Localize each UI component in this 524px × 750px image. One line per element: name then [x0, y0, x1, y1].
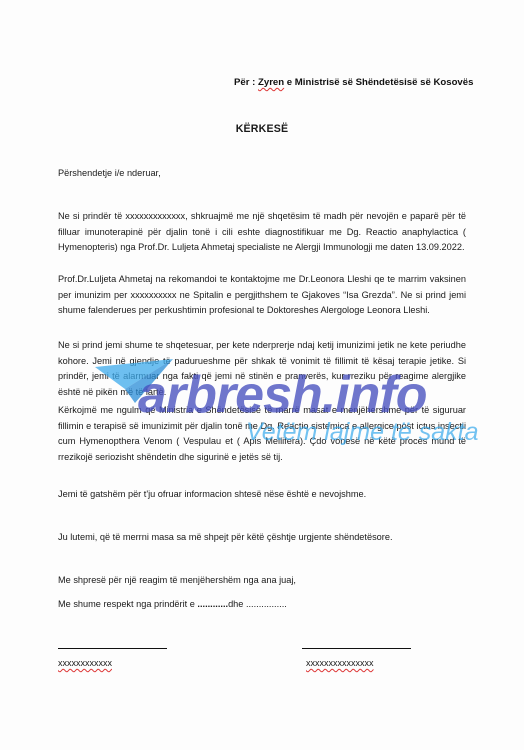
- closing-blank-2: ................: [246, 599, 287, 609]
- addressee-prefix: Për :: [234, 77, 258, 88]
- paragraph-4: Kërkojmë me ngulm që Ministria e Shëndet…: [58, 403, 466, 466]
- paragraph-5: Jemi të gatshëm për t'ju ofruar informac…: [58, 487, 466, 503]
- addressee-ministry: e Ministrisë së Shëndetësisë së Kosovës: [284, 77, 473, 88]
- paragraph-2: Prof.Dr.Luljeta Ahmetaj na rekomandoi te…: [58, 272, 466, 319]
- signature-name-right: xxxxxxxxxxxxxxx: [306, 658, 374, 668]
- document-page: Për : Zyren e Ministrisë së Shëndetësisë…: [0, 0, 524, 750]
- closing-middle: dhe: [228, 599, 246, 609]
- greeting: Përshendetje i/e nderuar,: [58, 166, 466, 182]
- addressee-office: Zyren: [258, 77, 284, 88]
- closing-text: Me shume respekt nga prindërit e: [58, 599, 197, 609]
- signature-line-right: [302, 648, 411, 649]
- closing-blank-1: ............: [197, 599, 228, 609]
- closing-line: Me shume respekt nga prindërit e .......…: [58, 597, 466, 613]
- paragraph-7: Me shpresë për një reagim të menjëhershë…: [58, 573, 466, 589]
- addressee-line: Për : Zyren e Ministrisë së Shëndetësisë…: [234, 77, 473, 88]
- paragraph-1: Ne si prindër të xxxxxxxxxxxxx, shkruajm…: [58, 209, 466, 256]
- signature-name-left: xxxxxxxxxxxx: [58, 658, 112, 668]
- document-title: KËRKESË: [0, 123, 524, 135]
- paragraph-3: Ne si prind jemi shume te shqetesuar, pe…: [58, 338, 466, 401]
- paragraph-6: Ju lutemi, që të merrni masa sa më shpej…: [58, 530, 466, 546]
- signature-line-left: [58, 648, 167, 649]
